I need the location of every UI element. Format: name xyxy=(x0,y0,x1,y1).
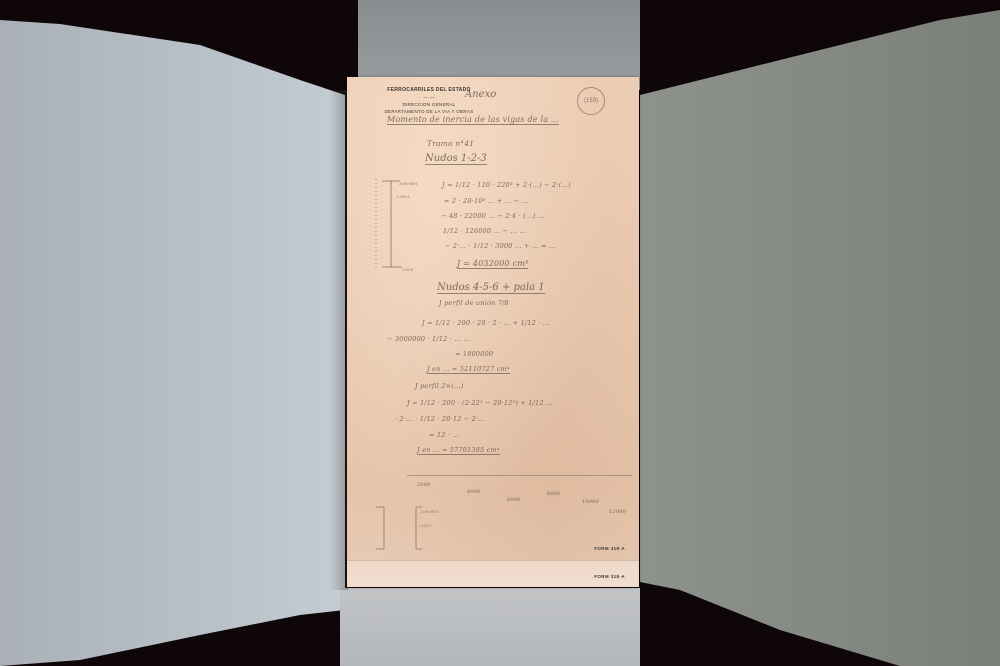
svg-text:2×60·60·6: 2×60·60·6 xyxy=(399,182,418,186)
svg-text:1·200·4: 1·200·4 xyxy=(418,524,432,528)
calc-line: J = 1/12 · 200 · 20 · 2 · ... + 1/12 · .… xyxy=(422,319,550,327)
calc-line: − 2·... · 1/12 · 3000 ... + ... ≈ ... xyxy=(445,242,556,250)
section2-result: J en ... = 52110727 cm⁴ xyxy=(427,365,510,374)
subheading: Tramo n°41 xyxy=(427,139,474,148)
calc-line: J perfil 2×(...) xyxy=(415,382,463,390)
subject-line: Momento de inercia de las vigas de la ..… xyxy=(387,115,559,125)
i-beam-diagram-icon: 2×60·60·6 1·200·4 2·60·6 xyxy=(372,177,432,272)
document-bottom-fold: FORM 318·A xyxy=(347,560,639,587)
svg-text:2·60·6: 2·60·6 xyxy=(402,268,413,272)
form-number-label: FORM 318·A xyxy=(594,574,625,579)
left-folding-panel xyxy=(0,0,345,666)
right-folding-panel xyxy=(640,0,1000,666)
section1-title: Nudos 1-2-3 xyxy=(425,153,487,165)
calc-line: − 3000000 · 1/12 · ... ... xyxy=(387,335,470,343)
sketch-label: 8000 xyxy=(547,491,561,497)
letterhead-department: DEPARTAMENTO DE LA VIA Y OBRAS xyxy=(369,108,489,115)
form-number-label: FORM 318·A xyxy=(594,546,625,551)
svg-text:1·200·4: 1·200·4 xyxy=(396,195,410,199)
archival-document: FERROCARRILES DEL ESTADO — — DIRECCION G… xyxy=(347,77,639,587)
calc-line: = 12 · ... xyxy=(429,431,459,439)
channel-section-diagram-icon: 2×60·60·6 1·200·4 xyxy=(372,505,452,555)
sketch-label: 6000 xyxy=(507,497,521,503)
heading: Anexo xyxy=(465,89,496,100)
page-number-stamp: (153) xyxy=(577,87,605,115)
calc-line: = 2 · 28·10⁶ ... + ... − ... xyxy=(444,197,528,205)
section2-title: Nudos 4-5-6 + pala 1 xyxy=(437,282,545,294)
sketch-label: 4000 xyxy=(467,489,481,495)
photo-scene: FERROCARRILES DEL ESTADO — — DIRECCION G… xyxy=(0,0,1000,666)
bottom-backing-strip xyxy=(340,588,640,666)
calc-line: · 2·... · 1/12 · 20·12 − 2·... xyxy=(395,415,485,423)
calc-line: 1/12 · 126000 ... − ... ... xyxy=(443,227,526,235)
section1-result: J = 4032000 cm⁴ xyxy=(457,259,528,269)
letterhead-direction: DIRECCION GENERAL xyxy=(369,101,489,108)
calc-line: J = 1/12 · 200 · (2·22³ − 20·12³) + 1/12… xyxy=(407,399,553,407)
section3-result: J en ... = 57701385 cm⁴ xyxy=(417,446,500,455)
sketch-label: 10000 xyxy=(582,499,599,505)
sketch-label: 2000 xyxy=(417,482,431,488)
diagram-baseline xyxy=(407,475,632,476)
document-shadow xyxy=(330,90,348,590)
sketch-label: 12000 xyxy=(609,509,626,515)
calc-line: J = 1/12 · 120 · 220³ + 2·(...) − 2·(...… xyxy=(442,181,571,189)
svg-text:2×60·60·6: 2×60·60·6 xyxy=(420,510,439,514)
section2-subtitle: J perfil de unión 7/8 xyxy=(439,299,509,307)
calc-line: = 1800000 xyxy=(455,350,493,358)
calc-line: − 48 · 22000 ... − 2·4 · (...) ... xyxy=(441,212,544,220)
